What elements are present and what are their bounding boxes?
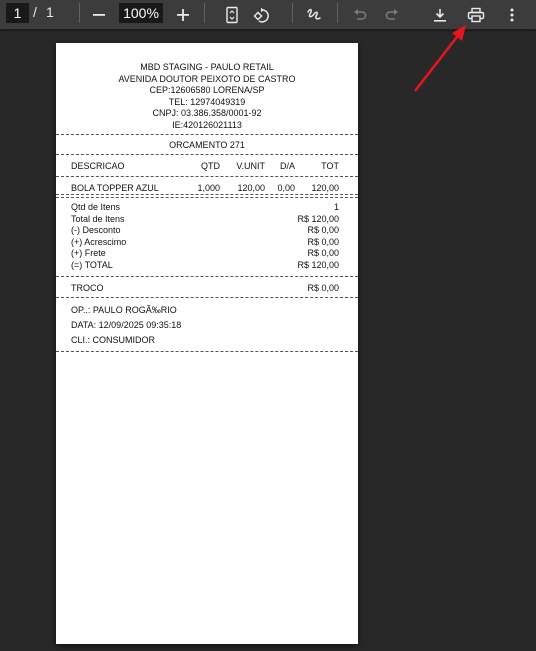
pdf-page: MBD STAGING - PAULO RETAIL AVENIDA DOUTO… <box>56 43 358 644</box>
divider <box>79 3 80 23</box>
total-pages: 1 <box>46 4 54 20</box>
total-row: Qtd de Itens1 <box>71 202 339 214</box>
undo-button[interactable] <box>348 0 372 29</box>
col-qtd: QTD <box>186 161 220 171</box>
print-button[interactable] <box>464 0 488 29</box>
total-row: (=) TOTALR$ 120,00 <box>71 260 339 272</box>
item-vunit: 120,00 <box>220 183 265 193</box>
total-value: R$ 0,00 <box>307 248 339 260</box>
store-cnpj: CNPJ: 03.386.358/0001-92 <box>56 108 358 120</box>
rotate-icon <box>253 6 271 24</box>
operator: OP..: PAULO ROGÃ‰RIO <box>71 303 343 318</box>
total-row: (+) FreteR$ 0,00 <box>71 248 339 260</box>
zoom-in-button[interactable] <box>171 0 195 29</box>
divider <box>204 3 205 23</box>
total-value: R$ 120,00 <box>297 260 339 272</box>
page-separator: / <box>33 4 37 20</box>
total-label: Total de Itens <box>71 214 125 226</box>
fit-page-icon <box>225 6 239 24</box>
fit-page-button[interactable] <box>220 0 244 29</box>
total-label: Qtd de Itens <box>71 202 120 214</box>
zoom-out-icon <box>92 8 106 22</box>
current-page-input[interactable]: 1 <box>6 3 29 23</box>
divider <box>337 3 338 23</box>
item-descricao: BOLA TOPPER AZUL <box>71 183 186 193</box>
more-options-button[interactable] <box>500 0 524 29</box>
total-row: (-) DescontoR$ 0,00 <box>71 225 339 237</box>
total-value: R$ 120,00 <box>297 214 339 226</box>
zoom-out-button[interactable] <box>87 0 111 29</box>
store-name: MBD STAGING - PAULO RETAIL <box>56 62 358 74</box>
undo-icon <box>352 7 368 23</box>
client: CLI.: CONSUMIDOR <box>71 333 343 348</box>
total-row: Total de ItensR$ 120,00 <box>71 214 339 226</box>
rotate-button[interactable] <box>250 0 274 29</box>
item-da: 0,00 <box>265 183 295 193</box>
store-header: MBD STAGING - PAULO RETAIL AVENIDA DOUTO… <box>56 43 358 131</box>
download-icon <box>432 7 448 23</box>
troco-label: TROCO <box>71 283 104 293</box>
total-label: (+) Acrescimo <box>71 237 126 249</box>
divider <box>56 351 358 352</box>
troco-row: TROCO R$ 0,00 <box>56 277 358 297</box>
total-value: R$ 0,00 <box>307 225 339 237</box>
receipt-title: ORCAMENTO 271 <box>56 135 358 154</box>
download-button[interactable] <box>428 0 452 29</box>
table-header: DESCRICAO QTD V.UNIT D/A TOT <box>56 155 358 176</box>
troco-value: R$ 0,00 <box>307 283 339 293</box>
zoom-in-icon <box>176 8 190 22</box>
total-label: (=) TOTAL <box>71 260 113 272</box>
date: DATA: 12/09/2025 09:35:18 <box>71 318 343 333</box>
item-tot: 120,00 <box>295 183 339 193</box>
item-qtd: 1,000 <box>186 183 220 193</box>
store-cep: CEP:12606580 LORENA/SP <box>56 85 358 97</box>
annotate-icon <box>305 6 323 24</box>
redo-icon <box>384 7 400 23</box>
col-da: D/A <box>265 161 295 171</box>
store-address: AVENIDA DOUTOR PEIXOTO DE CASTRO <box>56 74 358 86</box>
print-icon <box>467 7 485 23</box>
col-tot: TOT <box>295 161 339 171</box>
annotate-button[interactable] <box>302 0 326 29</box>
redo-button[interactable] <box>380 0 404 29</box>
total-value: 1 <box>334 202 339 214</box>
more-options-icon <box>510 8 514 22</box>
total-label: (+) Frete <box>71 248 106 260</box>
total-row: (+) AcrescimoR$ 0,00 <box>71 237 339 249</box>
total-label: (-) Desconto <box>71 225 121 237</box>
total-value: R$ 0,00 <box>307 237 339 249</box>
divider <box>292 3 293 23</box>
col-descricao: DESCRICAO <box>71 161 186 171</box>
zoom-level-input[interactable]: 100% <box>119 3 163 23</box>
store-phone: TEL: 12974049319 <box>56 97 358 109</box>
footer-section: OP..: PAULO ROGÃ‰RIO DATA: 12/09/2025 09… <box>56 298 358 351</box>
pdf-toolbar: 1 / 1 100% <box>0 0 536 29</box>
table-row: BOLA TOPPER AZUL 1,000 120,00 0,00 120,0… <box>56 177 358 194</box>
totals-section: Qtd de Itens1 Total de ItensR$ 120,00 (-… <box>56 198 358 273</box>
col-vunit: V.UNIT <box>220 161 265 171</box>
store-ie: IE:420126021113 <box>56 120 358 132</box>
